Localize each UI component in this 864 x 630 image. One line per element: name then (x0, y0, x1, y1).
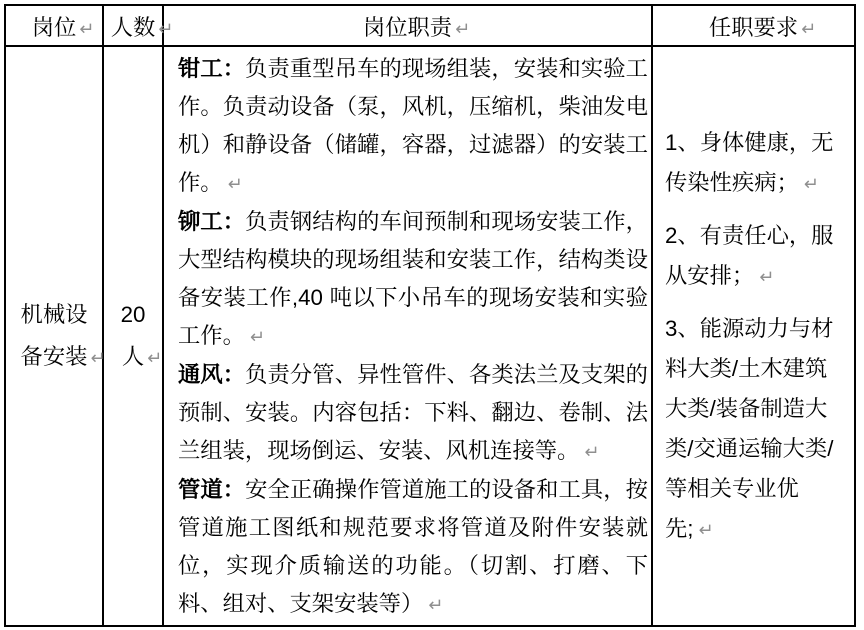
cell-headcount: 20人↵ (103, 46, 163, 626)
cell-requirements: 1、身体健康，无传染性疾病；↵ 2、有责任心，服从安排；↵ 3、能源动力与材料大… (652, 46, 855, 626)
duty-text: 负责分管、异性管件、各类法兰及支架的预制、安装。内容包括：下料、翻边、卷制、法兰… (178, 362, 648, 463)
header-position-label: 岗位 (32, 15, 77, 40)
return-mark-icon: ↵ (699, 520, 714, 540)
headcount-text: 20人 (121, 302, 146, 369)
duty-text: 安全正确操作管道施工的设备和工具，按管道施工图纸和规范要求将管道及附件安装就位，… (178, 477, 648, 616)
cell-position: 机械设备安装↵ (5, 46, 103, 626)
header-duties: 岗位职责↵ (163, 5, 652, 46)
body-row: 机械设备安装↵ 20人↵ 钳工：负责重型吊车的现场组装，安装和实验工作。负责动设… (5, 46, 855, 626)
header-headcount-label: 人数 (111, 15, 156, 40)
requirements-list: 1、身体健康，无传染性疾病；↵ 2、有责任心，服从安排；↵ 3、能源动力与材料大… (665, 123, 846, 550)
job-table: 岗位↵ 人数↵ 岗位职责↵ 任职要求↵ 机械设备安装↵ 20人↵ 钳工：负责重型… (4, 4, 856, 627)
return-mark-icon: ↵ (584, 442, 599, 462)
return-mark-icon: ↵ (759, 267, 774, 287)
duty-paragraph-fitter: 钳工：负责重型吊车的现场组装，安装和实验工作。负责动设备（泵，风机，压缩机，柴油… (178, 50, 648, 203)
header-row: 岗位↵ 人数↵ 岗位职责↵ 任职要求↵ (5, 5, 855, 46)
cell-duties: 钳工：负责重型吊车的现场组装，安装和实验工作。负责动设备（泵，风机，压缩机，柴油… (163, 46, 652, 626)
position-text: 机械设备安装 (21, 302, 88, 369)
duty-text: 负责钢结构的车间预制和现场安装工作，大型结构模块的现场组装和安装工作，结构类设备… (178, 209, 648, 348)
return-mark-icon: ↵ (804, 174, 819, 194)
duty-lead: 铆工： (178, 209, 245, 234)
document-page: 岗位↵ 人数↵ 岗位职责↵ 任职要求↵ 机械设备安装↵ 20人↵ 钳工：负责重型… (0, 4, 864, 630)
requirement-text: 3、能源动力与材料大类/土木建筑大类/装备制造大类/交通运输大类/等相关专业优先… (665, 316, 833, 541)
duty-lead: 管道： (178, 477, 245, 502)
requirement-item: 3、能源动力与材料大类/土木建筑大类/装备制造大类/交通运输大类/等相关专业优先… (665, 309, 846, 550)
requirement-item: 2、有责任心，服从安排；↵ (665, 216, 846, 297)
header-duties-label: 岗位职责 (363, 15, 452, 40)
header-position: 岗位↵ (5, 5, 103, 46)
requirement-item: 1、身体健康，无传染性疾病；↵ (665, 123, 846, 204)
duty-paragraph-riveter: 铆工：负责钢结构的车间预制和现场安装工作，大型结构模块的现场组装和安装工作，结构… (178, 203, 648, 356)
return-mark-icon: ↵ (250, 327, 265, 347)
headcount-value: 20人↵ (116, 294, 150, 379)
requirement-text: 2、有责任心，服从安排； (665, 223, 833, 288)
return-mark-icon: ↵ (428, 595, 443, 615)
duty-lead: 通风： (178, 362, 245, 387)
duty-text: 负责重型吊车的现场组装，安装和实验工作。负责动设备（泵，风机，压缩机，柴油发电机… (178, 56, 648, 195)
duty-lead: 钳工： (178, 56, 245, 81)
position-value: 机械设备安装↵ (14, 294, 94, 379)
header-headcount: 人数↵ (103, 5, 163, 46)
header-requirements: 任职要求↵ (652, 5, 855, 46)
duties-list: 钳工：负责重型吊车的现场组装，安装和实验工作。负责动设备（泵，风机，压缩机，柴油… (178, 50, 648, 622)
duty-paragraph-piping: 管道：安全正确操作管道施工的设备和工具，按管道施工图纸和规范要求将管道及附件安装… (178, 471, 648, 622)
duty-paragraph-ventilation: 通风：负责分管、异性管件、各类法兰及支架的预制、安装。内容包括：下料、翻边、卷制… (178, 356, 648, 471)
return-mark-icon: ↵ (228, 174, 243, 194)
header-requirements-label: 任职要求 (709, 15, 798, 40)
